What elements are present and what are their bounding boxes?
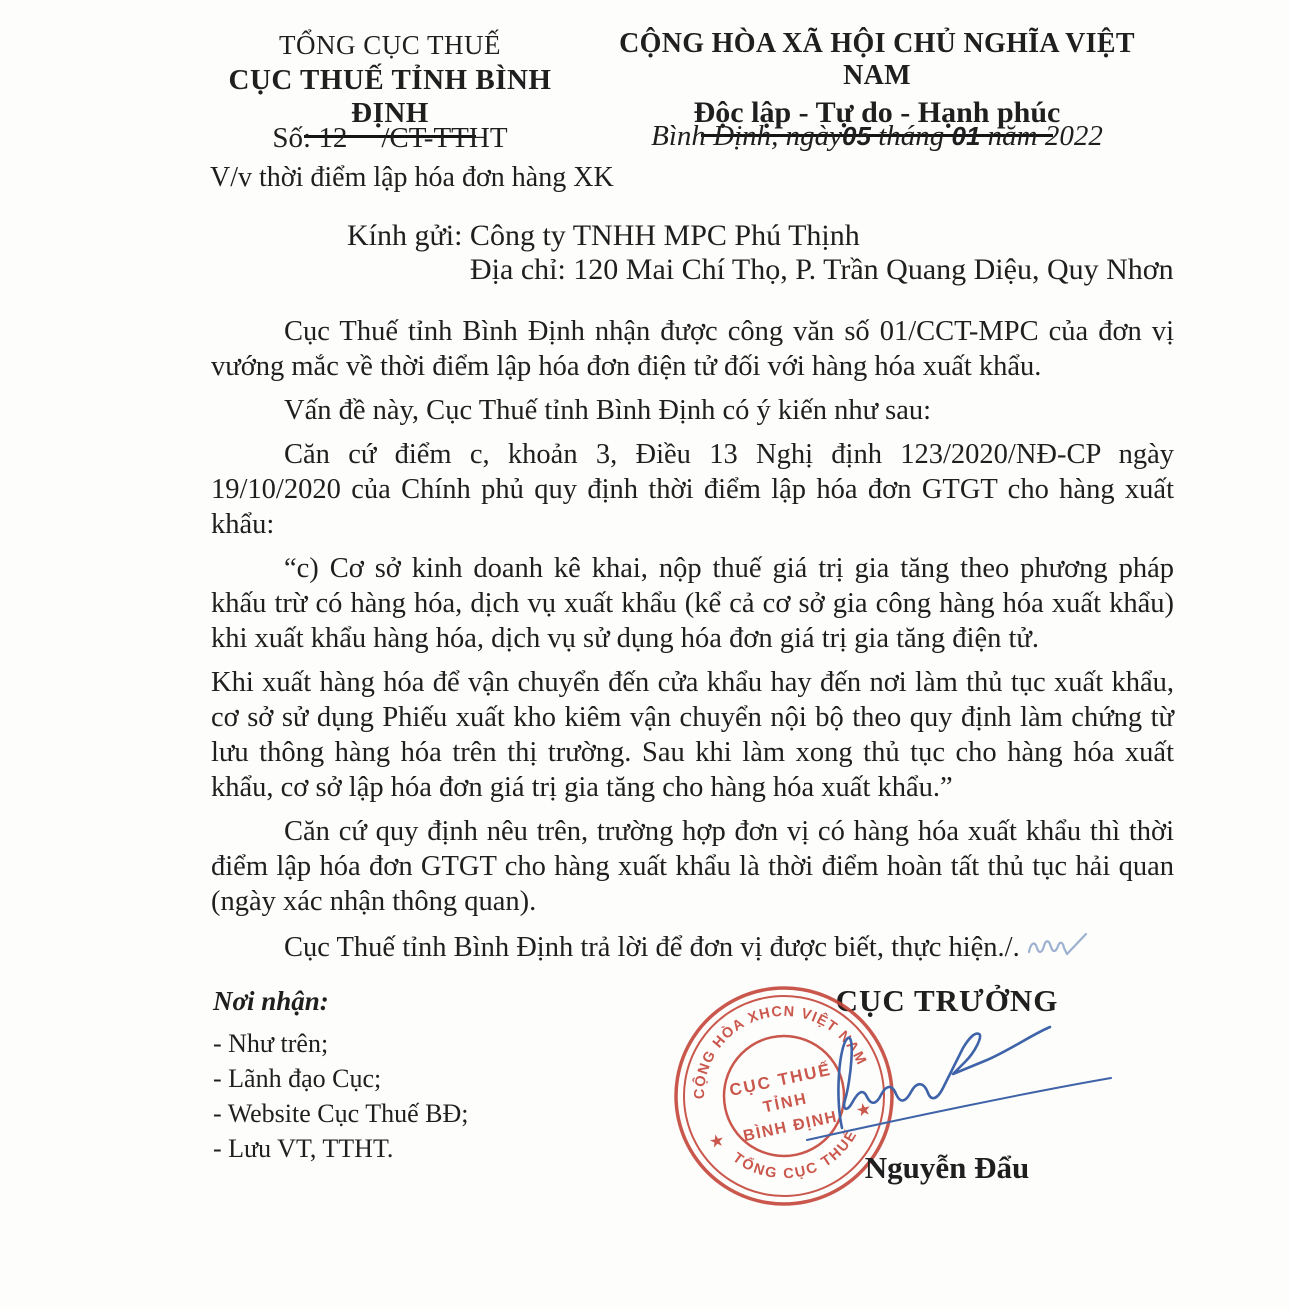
paragraph-closing: Cục Thuế tỉnh Bình Định trả lời để đơn v… xyxy=(211,928,1174,965)
document-number: Số: 12/CT-TTHT xyxy=(200,122,580,155)
signer-name: Nguyễn Đẩu xyxy=(782,1150,1112,1186)
document-number-suffix: /CT-TTHT xyxy=(381,122,507,154)
paragraph-text: Căn cứ điểm c, khoản 3, Điều 13 Nghị địn… xyxy=(211,439,1174,540)
official-letter-page: TỔNG CỤC THUẾ CỤC THUẾ TỈNH BÌNH ĐỊNH CỘ… xyxy=(0,0,1290,1309)
recipients-item: - Như trên; xyxy=(213,1026,468,1061)
paragraph-text: Khi xuất hàng hóa để vận chuyển đến cửa … xyxy=(211,667,1174,803)
paragraph-text: Cục Thuế tỉnh Bình Định nhận được công v… xyxy=(211,316,1174,382)
signature-scribble xyxy=(795,1000,1125,1150)
agency-name: CỤC THUẾ TỈNH BÌNH ĐỊNH xyxy=(200,64,580,130)
paragraph-quote: Khi xuất hàng hóa để vận chuyển đến cửa … xyxy=(211,665,1174,805)
paragraph-text: Căn cứ quy định nêu trên, trường hợp đơn… xyxy=(211,816,1174,917)
paragraph: Vấn đề này, Cục Thuế tỉnh Bình Định có ý… xyxy=(211,393,1174,428)
recipients-label: Nơi nhận: xyxy=(213,986,329,1017)
paragraph-quote: “c) Cơ sở kinh doanh kê khai, nộp thuế g… xyxy=(211,551,1174,656)
paragraph-text: Cục Thuế tỉnh Bình Định trả lời để đơn v… xyxy=(284,932,1020,963)
paragraph-text: “c) Cơ sở kinh doanh kê khai, nộp thuế g… xyxy=(211,553,1174,654)
paragraph: Căn cứ quy định nêu trên, trường hợp đơn… xyxy=(211,814,1174,919)
document-number-label: Số: 12 xyxy=(272,122,347,154)
date-month: 01 xyxy=(952,121,981,151)
paragraph: Căn cứ điểm c, khoản 3, Điều 13 Nghị địn… xyxy=(211,437,1174,542)
recipients-item: - Lưu VT, TTHT. xyxy=(213,1131,468,1166)
date-place: Bình Định, ngày xyxy=(651,120,842,152)
date-year: năm 2022 xyxy=(988,120,1103,152)
recipients-item: - Lãnh đạo Cục; xyxy=(213,1061,468,1096)
stamp-star-left-icon: ★ xyxy=(709,1132,726,1152)
subject-line: V/v thời điểm lập hóa đơn hàng XK xyxy=(210,162,614,194)
paragraph: Cục Thuế tỉnh Bình Định nhận được công v… xyxy=(211,314,1174,384)
date-month-label: tháng xyxy=(878,120,944,152)
recipient-line: Kính gửi: Công ty TNHH MPC Phú Thịnh xyxy=(347,219,860,253)
recipient-address: Địa chỉ: 120 Mai Chí Thọ, P. Trần Quang … xyxy=(470,253,1174,287)
country-title: CỘNG HÒA XÃ HỘI CHỦ NGHĨA VIỆT NAM xyxy=(588,28,1166,92)
recipients-list: - Như trên; - Lãnh đạo Cục; - Website Cụ… xyxy=(213,1026,468,1166)
date-day: 05 xyxy=(842,121,871,151)
recipients-item: - Website Cục Thuế BĐ; xyxy=(213,1096,468,1131)
parent-agency-name: TỔNG CỤC THUẾ xyxy=(200,30,580,61)
handwritten-initial-icon xyxy=(1026,928,1092,962)
paragraph-text: Vấn đề này, Cục Thuế tỉnh Bình Định có ý… xyxy=(284,395,931,426)
letter-body: Cục Thuế tỉnh Bình Định nhận được công v… xyxy=(211,314,1174,974)
place-and-date: Bình Định, ngày05 tháng 01 năm 2022 xyxy=(588,120,1166,153)
